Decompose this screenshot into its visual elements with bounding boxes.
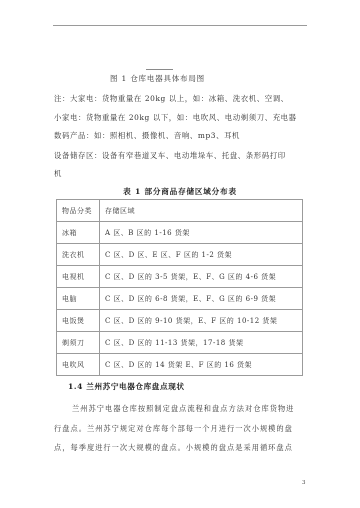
category-cell: 电吹风 <box>57 354 100 376</box>
area-cell: C 区、D 区的 6-8 货架，E、F、G 区的 6-9 货架 <box>100 288 303 310</box>
table-title: 表 1 部分商品存储区域分布表 <box>0 186 360 197</box>
page-number: 3 <box>302 480 306 486</box>
area-cell: C 区、D 区的 14 货架 E、F 区的 16 货架 <box>100 354 303 376</box>
figure-caption: 图 1 仓库电器具体布局图 <box>110 73 205 84</box>
body-text-line: 行盘点。兰州苏宁规定对仓库每个部每一个月进行一次小规模的盘 <box>54 424 293 434</box>
table-row: 电脑 C 区、D 区的 6-8 货架，E、F、G 区的 6-9 货架 <box>57 288 303 310</box>
figure-bottom-edge <box>146 69 173 70</box>
area-cell: C 区、D 区、E 区、F 区的 1-2 货架 <box>100 244 303 266</box>
category-cell: 冰箱 <box>57 222 100 244</box>
note-line: 小家电：货物重量在 20kg 以下，如：电吹风、电动剃须刀、充电器 <box>54 112 297 123</box>
table-row: 电视机 C 区、D 区的 3-5 货架，E、F、G 区的 4-6 货架 <box>57 266 303 288</box>
category-cell: 洗衣机 <box>57 244 100 266</box>
table-row: 剃须刀 C 区、D 区的 11-13 货架，17-18 货架 <box>57 332 303 354</box>
note-line: 数码产品：如：照相机、摄像机、音响、mp3、耳机 <box>54 130 240 141</box>
category-cell: 电饭煲 <box>57 310 100 332</box>
header-cell: 物品分类 <box>57 200 100 222</box>
section-heading: 1.4 兰州苏宁电器仓库盘点现状 <box>68 381 185 392</box>
body-text-line: 兰州苏宁电器仓库按照制定盘点流程和盘点方法对仓库货物进 <box>72 404 294 414</box>
storage-distribution-table: 物品分类 存储区域 冰箱 A 区、B 区的 1-16 货架 洗衣机 C 区、D … <box>56 199 303 376</box>
note-line: 注：大家电：货物重量在 20kg 以上，如：冰箱、洗衣机、空调、 <box>54 93 289 104</box>
note-line: 机 <box>54 168 62 179</box>
category-cell: 剃须刀 <box>57 332 100 354</box>
note-line: 设备储存区：设备有窄巷道叉车、电动堆垛车、托盘、条形码打印 <box>54 150 286 161</box>
area-cell: C 区、D 区的 11-13 货架，17-18 货架 <box>100 332 303 354</box>
area-cell: A 区、B 区的 1-16 货架 <box>100 222 303 244</box>
table-row: 冰箱 A 区、B 区的 1-16 货架 <box>57 222 303 244</box>
table-row: 电吹风 C 区、D 区的 14 货架 E、F 区的 16 货架 <box>57 354 303 376</box>
header-cell: 存储区域 <box>100 200 303 222</box>
area-cell: C 区、D 区的 9-10 货架，E、F 区的 10-12 货架 <box>100 310 303 332</box>
table-header-row: 物品分类 存储区域 <box>57 200 303 222</box>
table-row: 洗衣机 C 区、D 区、E 区、F 区的 1-2 货架 <box>57 244 303 266</box>
category-cell: 电脑 <box>57 288 100 310</box>
area-cell: C 区、D 区的 3-5 货架，E、F、G 区的 4-6 货架 <box>100 266 303 288</box>
header-rule <box>53 25 307 26</box>
table-row: 电饭煲 C 区、D 区的 9-10 货架，E、F 区的 10-12 货架 <box>57 310 303 332</box>
body-text-line: 点，每季度进行一次大规模的盘点。小规模的盘点是采用循环盘点 <box>54 443 293 453</box>
category-cell: 电视机 <box>57 266 100 288</box>
